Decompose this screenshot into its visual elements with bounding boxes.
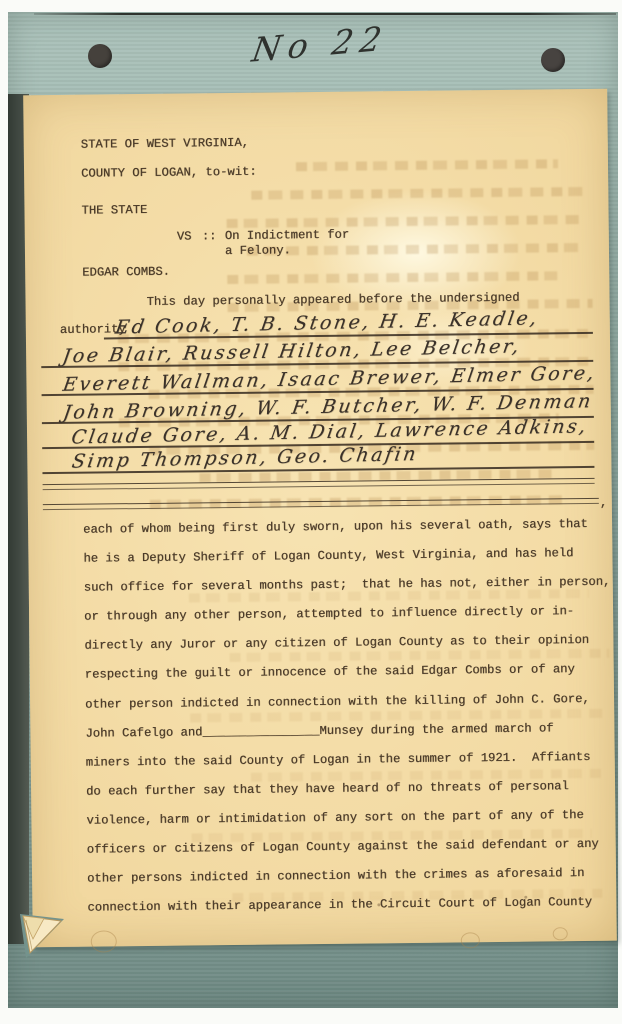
body-line: connection with their appearance in the …	[87, 888, 617, 923]
scanned-document-page: No 22 STATE OF WEST VIRGINIA,	[0, 0, 622, 1024]
backing-top-edge-line	[34, 13, 616, 15]
vs-separator: ::	[202, 222, 217, 251]
plaintiff-name: THE STATE	[81, 196, 147, 226]
defendant-name: EDGAR COMBS.	[82, 258, 170, 288]
stain-ring	[461, 932, 480, 948]
charge-line-2: a Felony.	[225, 236, 291, 266]
state-line: STATE OF WEST VIRGINIA,	[81, 129, 250, 160]
county-line: COUNTY OF LOGAN, to-wit:	[81, 158, 257, 189]
folded-corner	[16, 906, 76, 966]
vs-label: VS	[177, 222, 192, 251]
punch-hole-left	[88, 44, 112, 68]
signature-names-6: Simp Thompson, Geo. Chafin	[70, 443, 419, 473]
punch-hole-right	[541, 48, 565, 72]
affidavit-paper: STATE OF WEST VIRGINIA, COUNTY OF LOGAN,…	[23, 89, 617, 948]
affidavit-body: each of whom being first duly sworn, upo…	[83, 510, 618, 923]
